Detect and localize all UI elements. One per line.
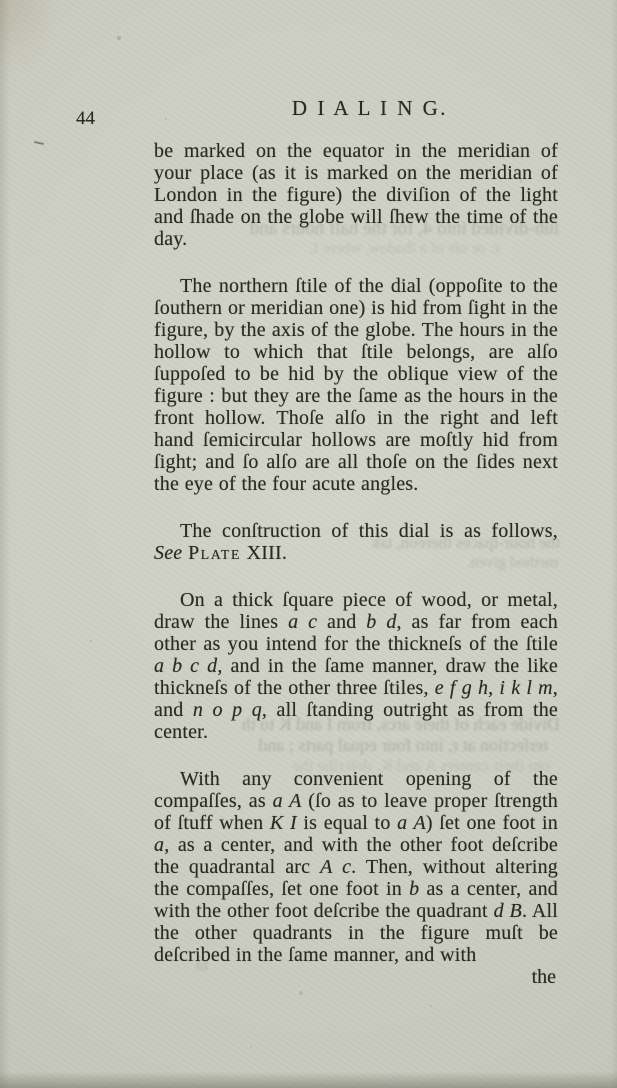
text-segment: , <box>488 677 499 699</box>
text-segment: a A <box>397 812 426 834</box>
text-segment: is equal to <box>297 812 397 834</box>
text-segment: See <box>154 542 182 564</box>
text-segment: and <box>317 611 366 633</box>
text-segment: K I <box>270 812 297 834</box>
paragraph-compasses: With any convenient opening of the compa… <box>154 768 558 966</box>
text-segment: b d <box>366 611 396 633</box>
paragraph-draw-lines: On a thick ſquare piece of wood, or meta… <box>154 589 558 743</box>
paragraph-northern-stile: The northern ſtile of the dial (oppoſite… <box>154 275 558 495</box>
text-segment: XIII. <box>241 542 287 564</box>
text-segment: n o p q <box>193 699 262 721</box>
text-segment: a b c d <box>154 655 217 677</box>
text-segment: b <box>409 878 419 900</box>
page-number: 44 <box>76 108 95 130</box>
text-segment: Plate <box>188 542 241 564</box>
catchword: the <box>154 966 558 988</box>
text-segment: a A <box>273 790 302 812</box>
text-segment: d B <box>494 900 522 922</box>
text-segment: be marked on the equator in the meridian… <box>154 140 558 250</box>
text-segment: The northern ſtile of the dial (oppoſite… <box>154 275 558 495</box>
text-segment: ) ſet one foot in <box>426 812 558 834</box>
text-segment: a <box>154 834 164 856</box>
text-segment: e f g h <box>435 677 488 699</box>
text-segment: The conſtruction of this dial is as foll… <box>180 520 558 542</box>
text-segment: a c <box>288 611 317 633</box>
ink-dash-mark <box>34 141 44 145</box>
running-head: D I A L I N G. <box>160 96 580 121</box>
text-segment: A c <box>320 856 351 878</box>
paragraph-construction-plate: The conſtruction of this dial is as foll… <box>154 520 558 564</box>
text-column: be marked on the equator in the meridian… <box>154 140 558 988</box>
text-segment: i k l m <box>499 677 552 699</box>
paragraph-equator-shade: be marked on the equator in the meridian… <box>154 140 558 250</box>
